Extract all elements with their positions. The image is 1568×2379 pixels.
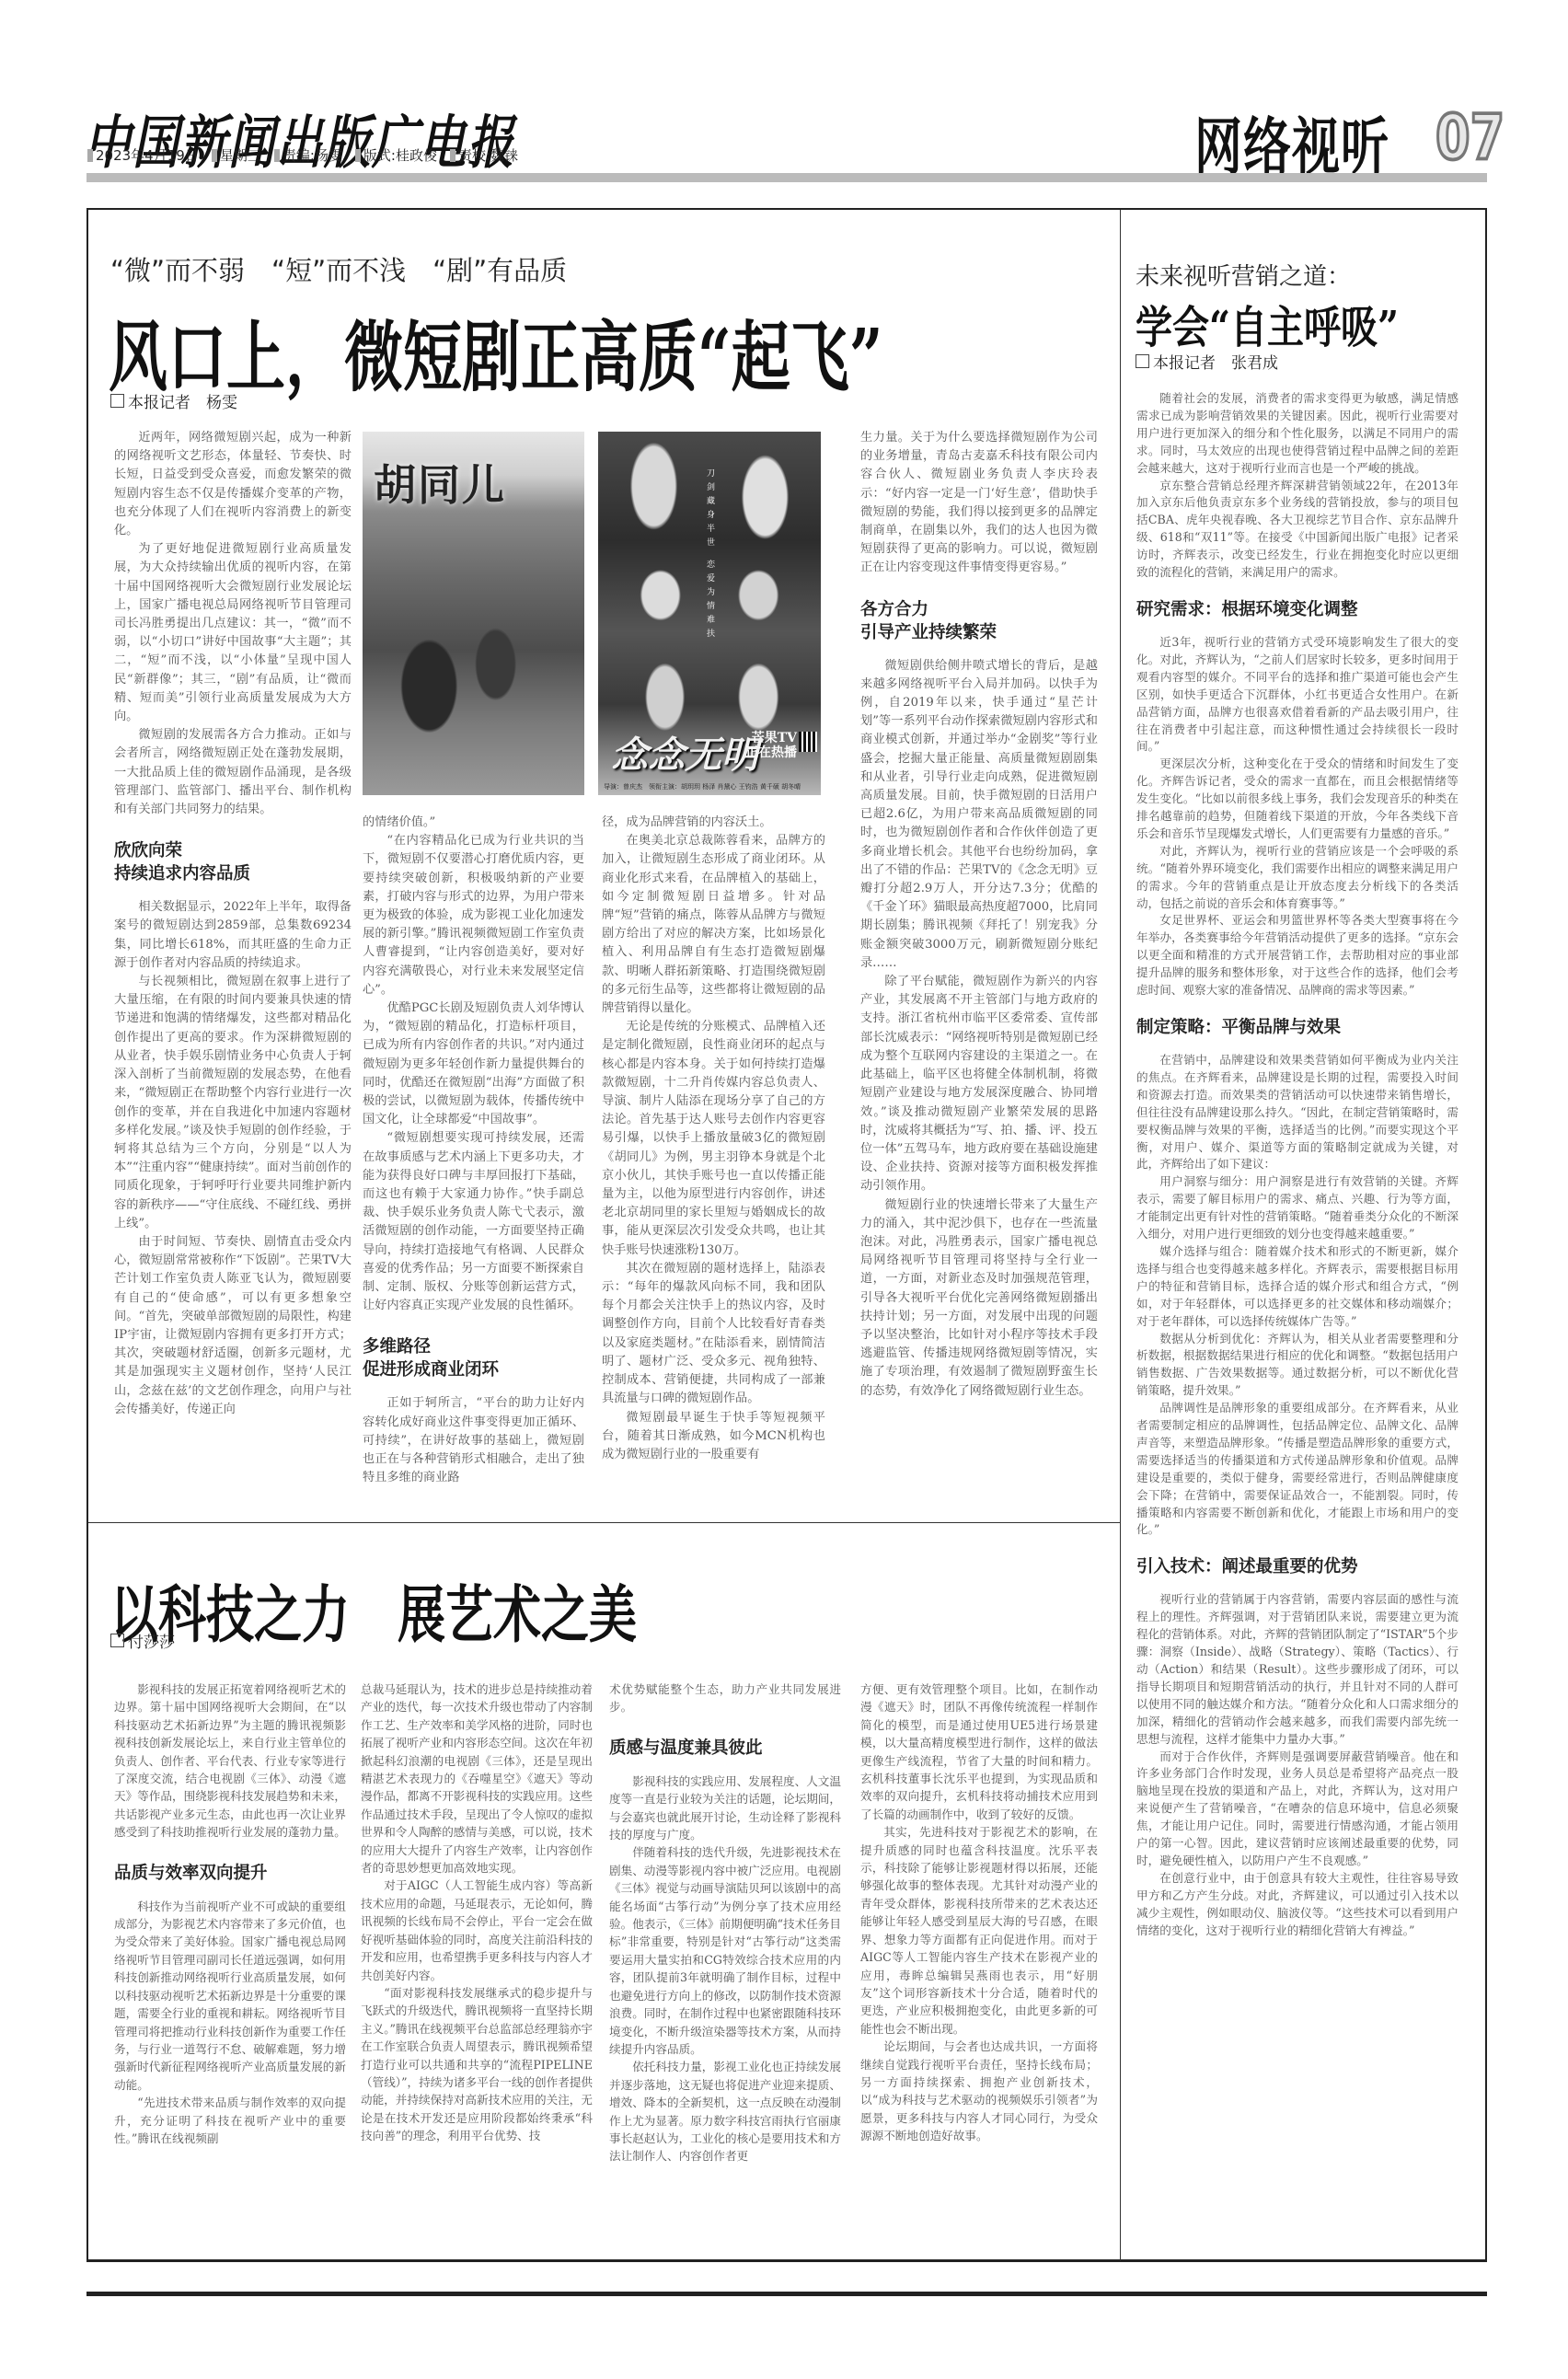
drama-poster-hutong: 胡同儿 bbox=[363, 432, 584, 795]
header-divider bbox=[86, 173, 1487, 182]
column-divider bbox=[1120, 210, 1121, 2260]
issue-proofreader: 责校:魏铼 bbox=[450, 145, 518, 165]
bullet-square-icon bbox=[212, 149, 217, 162]
article1-byline: 本报记者 杨雯 bbox=[110, 389, 237, 412]
footer-bar bbox=[86, 2292, 1487, 2296]
bullet-square-icon bbox=[450, 149, 455, 162]
article-divider bbox=[88, 1522, 1120, 1523]
article3-column-1: 影视科技的发展正拓宽着网络视听艺术的边界。第十届中国网络视听大会期间，在“以科技… bbox=[114, 1680, 346, 2147]
article2-kicker: 未来视听营销之道： bbox=[1136, 258, 1351, 292]
poster-credits: 导演：曾庆杰 领衔主演：胡玥玥 杨泽 肖黛心 王钧浩 黄千硕 胡冬晴 bbox=[604, 782, 801, 791]
issue-weekday: 星期三 bbox=[212, 145, 261, 165]
poster-title: 胡同儿 bbox=[374, 452, 506, 513]
issue-editor: 责编:杨雯 bbox=[274, 145, 342, 165]
article2-headline: 学会“自主呼吸” bbox=[1136, 293, 1399, 355]
subheading: 多维路径促进形成商业闭环 bbox=[363, 1335, 584, 1381]
newspaper-logo: 中国新闻出版广电报 bbox=[85, 97, 515, 179]
issue-date: 2023年4月19日 bbox=[87, 145, 199, 165]
article3-column-3: 术优势赋能整个生态，助力产业共同发展进步。 质感与温度兼具彼此 影视科技的实践应… bbox=[609, 1680, 841, 2165]
bullet-square-icon bbox=[87, 149, 93, 162]
bullet-square-icon bbox=[355, 149, 361, 162]
article2-byline: 本报记者 张君成 bbox=[1136, 350, 1278, 373]
article3-headline: 以科技之力 展艺术之美 bbox=[110, 1565, 637, 1655]
subheading: 各方合力引导产业持续繁荣 bbox=[860, 598, 1098, 644]
issue-info-bar: 2023年4月19日 星期三 责编:杨雯 版式:桂政俊 责校:魏铼 bbox=[87, 145, 518, 165]
byline-box-icon bbox=[110, 394, 124, 408]
subheading: 制定策略：平衡品牌与效果 bbox=[1136, 1016, 1458, 1039]
subheading: 质感与温度兼具彼此 bbox=[609, 1737, 841, 1760]
article1-column-1: 近两年，网络微短剧兴起，成为一种新的网络视听文艺形态，体量轻、节奏快、时长短，日… bbox=[114, 429, 352, 1419]
article3-column-2: 总裁马延琨认为，技术的进步总是持续推动着产业的迭代，每一次技术升级也带动了内容制… bbox=[361, 1680, 593, 2145]
drama-poster-niannian-wuming: 刀剑藏身半世 恋爱为情难扶 念念无明 芒果TV 正在热播 导演：曾庆杰 领衔主演… bbox=[598, 432, 821, 795]
article1-column-3: 径，成为品牌营销的内容沃土。 在奥美北京总裁陈蓉看来，品牌方的加入，让微短剧生态… bbox=[602, 814, 825, 1464]
qr-code-icon bbox=[799, 732, 817, 752]
subheading: 引入技术：阐述最重要的优势 bbox=[1136, 1555, 1458, 1578]
poster-title: 念念无明 bbox=[611, 726, 758, 779]
bullet-square-icon bbox=[274, 149, 280, 162]
article3-column-4: 方便、更有效管理整个项目。比如，在制作动漫《遮天》时，团队不再像传统流程一样制作… bbox=[860, 1680, 1098, 2145]
article1-column-2: 的情绪价值。” “在内容精品化已成为行业共识的当下，微短剧不仅要潜心打磨优质内容… bbox=[363, 814, 584, 1488]
article3-byline: 付莎莎 bbox=[110, 1629, 175, 1652]
subheading: 欣欣向荣持续追求内容品质 bbox=[114, 839, 352, 885]
article1-column-4: 生力量。关于为什么要选择微短剧作为公司的业务增量，青岛古麦嘉禾科技有限公司内容合… bbox=[860, 429, 1098, 1401]
issue-layout: 版式:桂政俊 bbox=[355, 145, 437, 165]
subheading: 品质与效率双向提升 bbox=[114, 1862, 346, 1885]
poster-vertical-text: 刀剑藏身半世 恋爱为情难扶 bbox=[707, 468, 716, 642]
poster-tagline: 芒果TV 正在热播 bbox=[742, 731, 797, 760]
byline-box-icon bbox=[1136, 354, 1149, 368]
subheading: 研究需求：根据环境变化调整 bbox=[1136, 598, 1458, 621]
article2-body: 随着社会的发展，消费者的需求变得更为敏感，满足情感需求已成为影响营销效果的关键因… bbox=[1136, 390, 1458, 1940]
page-number: 07 bbox=[1435, 101, 1505, 174]
byline-box-icon bbox=[110, 1634, 124, 1647]
article1-kicker: “微”而不弱 “短”而不浅 “剧”有品质 bbox=[110, 250, 567, 288]
